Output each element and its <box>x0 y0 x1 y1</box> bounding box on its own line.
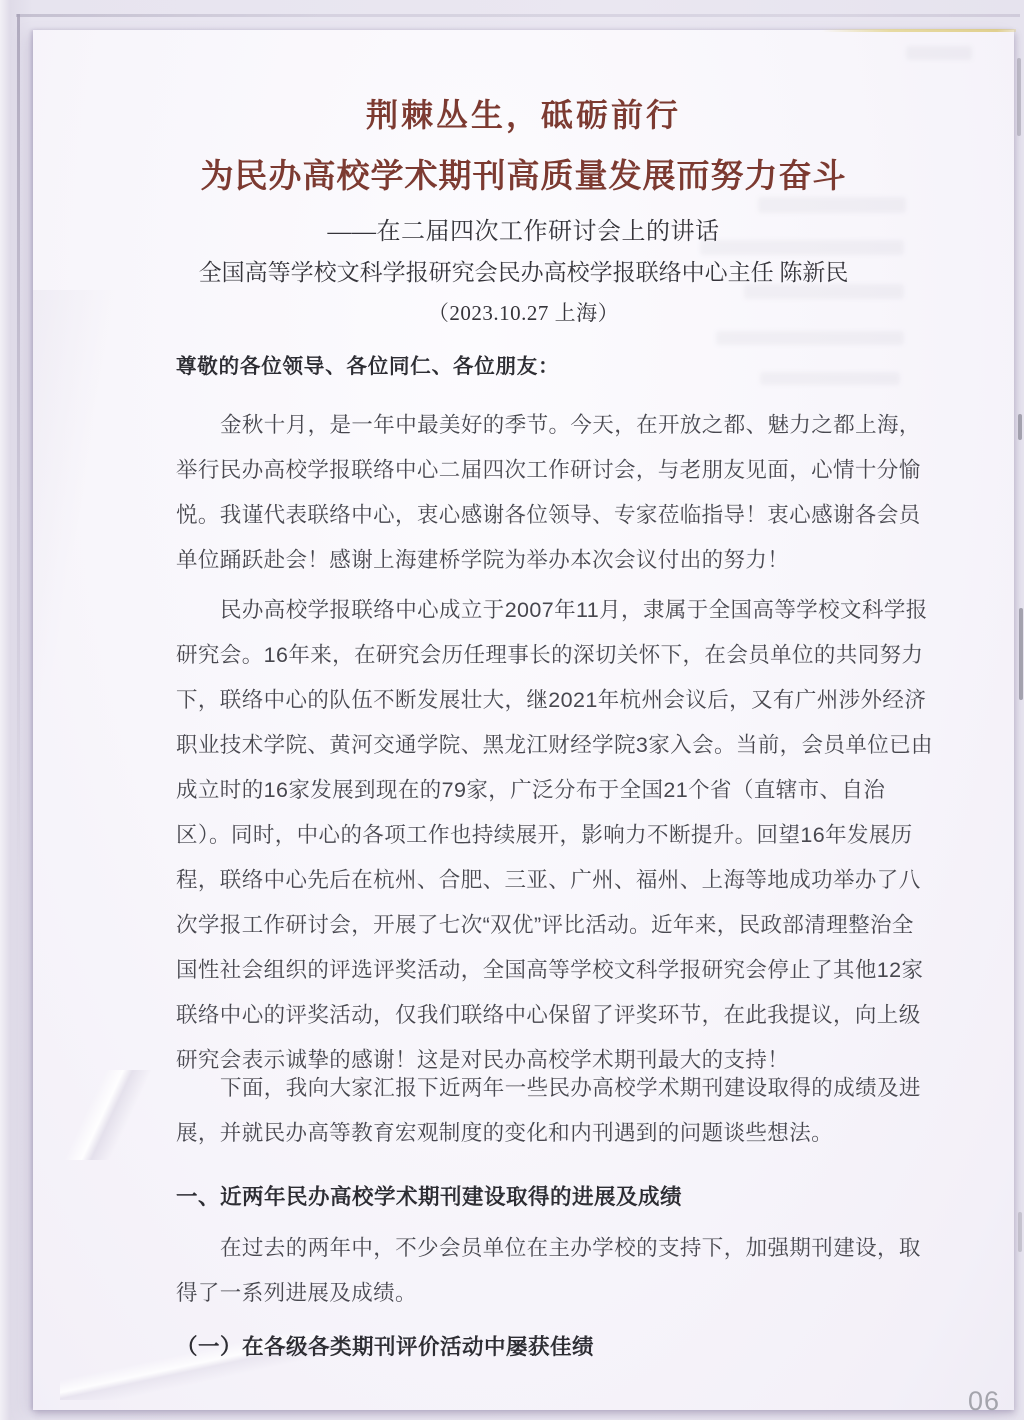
paragraph-4: 在过去的两年中，不少会员单位在主办学校的支持下，加强期刊建设，取 得了一系列进展… <box>176 1226 900 1316</box>
text-line: 区）。同时，中心的各项工作也持续展开，影响力不断提升。回望16年发展历 <box>176 813 900 858</box>
text-line: 举行民办高校学报联络中心二届四次工作研讨会，与老朋友见面，心情十分愉 <box>176 448 900 493</box>
paragraph-3: 下面，我向大家汇报下近两年一些民办高校学术期刊建设取得的成绩及进 展，并就民办高… <box>176 1066 900 1156</box>
page-edge-mark <box>1018 1212 1022 1252</box>
author-line: 全国高等学校文科学报研究会民办高校学报联络中心主任 陈新民 <box>33 254 1014 287</box>
document-title-line1: 荆棘丛生，砥砺前行 <box>33 90 1014 136</box>
text-line: 金秋十月，是一年中最美好的季节。今天，在开放之都、魅力之都上海， <box>176 403 900 448</box>
page-number: 06 <box>968 1386 1000 1417</box>
back-cover-top-edge <box>16 14 1020 17</box>
text-line: 民办高校学报联络中心成立于2007年11月，隶属于全国高等学校文科学报 <box>176 588 900 633</box>
text-line: 悦。我谨代表联络中心，衷心感谢各位领导、专家莅临指导！衷心感谢各会员 <box>176 493 900 538</box>
text-line: 下，联络中心的队伍不断发展壮大，继2021年杭州会议后，又有广州涉外经济 <box>176 678 900 723</box>
salutation: 尊敬的各位领导、各位同仁、各位朋友： <box>176 349 559 379</box>
text-line: 职业技术学院、黄河交通学院、黑龙江财经学院3家入会。当前，会员单位已由 <box>176 723 900 768</box>
paragraph-1: 金秋十月，是一年中最美好的季节。今天，在开放之都、魅力之都上海， 举行民办高校学… <box>176 403 900 583</box>
document-title-line2: 为民办高校学术期刊高质量发展而努力奋斗 <box>33 150 1014 197</box>
page-edge-mark <box>1017 58 1021 136</box>
text-line: 下面，我向大家汇报下近两年一些民办高校学术期刊建设取得的成绩及进 <box>176 1066 900 1111</box>
document-subtitle: ——在二届四次工作研讨会上的讲话 <box>33 211 1014 246</box>
text-line: 展，并就民办高等教育宏观制度的变化和内刊遇到的问题谈些想法。 <box>176 1111 900 1156</box>
text-line: 得了一系列进展及成绩。 <box>176 1271 900 1316</box>
text-line: 在过去的两年中，不少会员单位在主办学校的支持下，加强期刊建设，取 <box>176 1226 900 1271</box>
scanned-document: 荆棘丛生，砥砺前行 为民办高校学术期刊高质量发展而努力奋斗 ——在二届四次工作研… <box>0 0 1024 1420</box>
text-line: 联络中心的评奖活动，仅我们联络中心保留了评奖环节，在此我提议，向上级 <box>176 993 900 1038</box>
back-cover-left-edge <box>17 14 20 894</box>
text-line: 次学报工作研讨会，开展了七次“双优”评比活动。近年来，民政部清理整治全 <box>176 903 900 948</box>
text-line: 程，联络中心先后在杭州、合肥、三亚、广州、福州、上海等地成功举办了八 <box>176 858 900 903</box>
text-line: 单位踊跃赴会！感谢上海建桥学院为举办本次会议付出的努力！ <box>176 538 900 583</box>
text-line: 国性社会组织的评选评奖活动，全国高等学校文科学报研究会停止了其他12家 <box>176 948 900 993</box>
ink-bleedthrough <box>760 372 900 385</box>
underlying-sheet-edge <box>822 29 1016 32</box>
text-line: 成立时的16家发展到现在的79家，广泛分布于全国21个省（直辖市、自治 <box>176 768 900 813</box>
subsection-heading-1: （一）在各级各类期刊评价活动中屡获佳绩 <box>176 1330 594 1361</box>
page-edge-mark <box>1018 414 1022 440</box>
text-line: 研究会。16年来，在研究会历任理事长的深切关怀下，在会员单位的共同努力 <box>176 633 900 678</box>
page-edge-mark <box>1019 608 1023 700</box>
date-location-line: （2023.10.27 上海） <box>33 297 1014 327</box>
ink-bleedthrough <box>906 46 972 60</box>
section-heading-1: 一、近两年民办高校学术期刊建设取得的进展及成绩 <box>176 1180 682 1211</box>
paragraph-2: 民办高校学报联络中心成立于2007年11月，隶属于全国高等学校文科学报 研究会。… <box>176 588 900 1083</box>
ink-bleedthrough <box>716 331 904 345</box>
